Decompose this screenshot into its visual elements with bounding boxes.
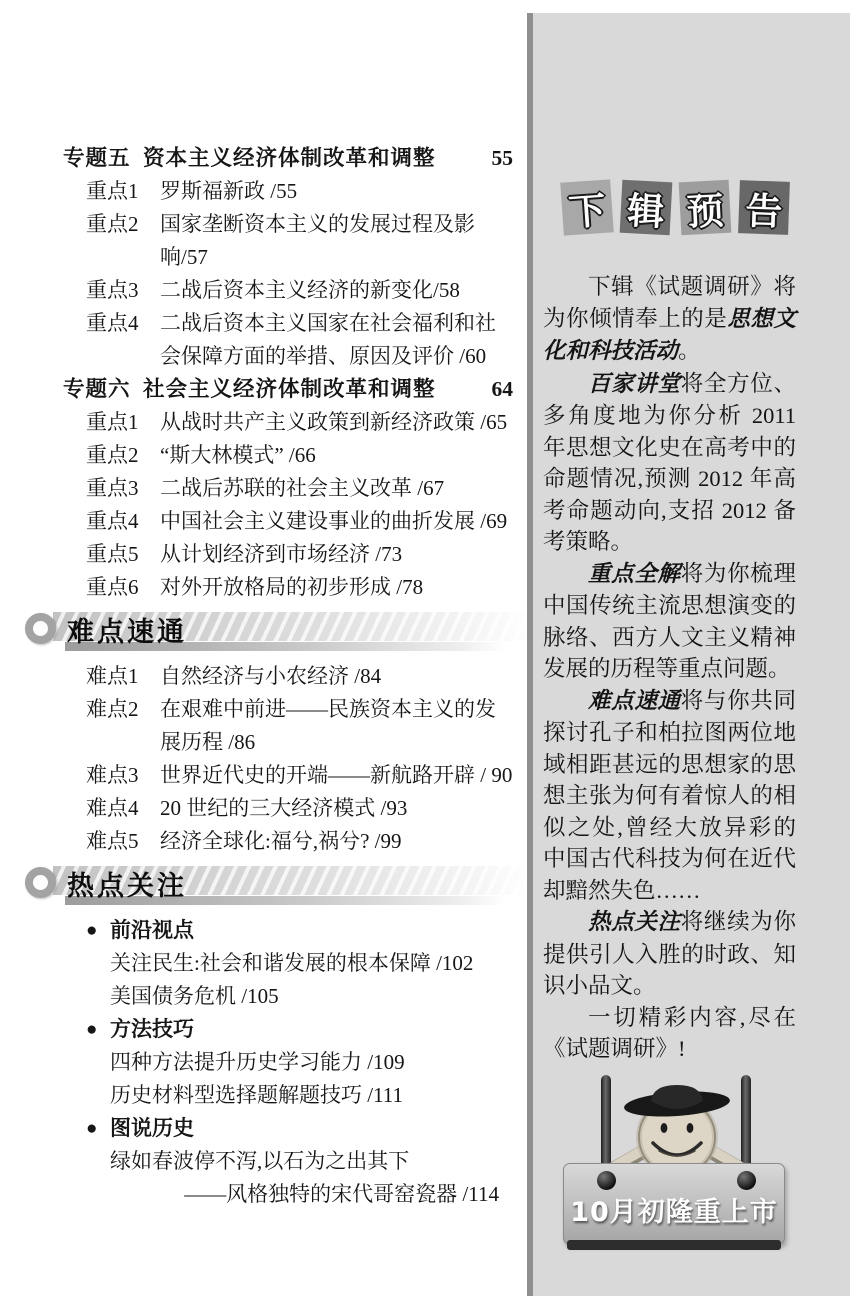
toc-entry: ——风格独特的宋代哥窑瓷器 /114 — [63, 1178, 515, 1211]
section-banner-nandian: 难点速通 — [25, 611, 515, 651]
toc-chapter-5: 专题五 资本主义经济体制改革和调整 55 — [63, 142, 515, 175]
preview-text: 下辑《试题调研》将为你倾情奉上的是思想文化和科技活动。 百家讲堂将全方位、多角度… — [543, 271, 796, 1066]
chapter-label: 专题六 — [63, 373, 143, 406]
title-tile: 下 — [560, 179, 614, 235]
title-tile: 告 — [738, 180, 790, 235]
entry-label: 重点5 — [86, 538, 160, 571]
toc-entry: 四种方法提升历史学习能力 /109 — [63, 1046, 515, 1079]
entry-label: 重点3 — [86, 472, 160, 505]
title-tile: 辑 — [620, 180, 673, 236]
entry-label: 重点3 — [86, 274, 160, 307]
subsection-title: 前沿视点 — [110, 914, 194, 947]
entry-label: 难点1 — [86, 660, 160, 693]
toc-chapter-6: 专题六 社会主义经济体制改革和调整 64 — [63, 373, 515, 406]
ring-icon — [25, 867, 56, 898]
toc-entry: 难点2 在艰难中前进——民族资本主义的发展历程 /86 — [63, 693, 515, 759]
subsection-title: 方法技巧 — [110, 1013, 194, 1046]
sign-knob — [597, 1171, 616, 1190]
toc-entry: 绿如春波停不泻,以石为之出其下 — [63, 1145, 515, 1178]
panel-title-tiles: 下 辑 预 告 — [562, 181, 789, 234]
entry-text: 二战后资本主义国家在社会福利和社会保障方面的举措、原因及评价 /60 — [160, 307, 515, 373]
banner-title: 难点速通 — [67, 610, 187, 649]
entry-label: 重点2 — [86, 439, 160, 472]
toc-entry: 重点2 “斯大林模式” /66 — [63, 439, 515, 472]
chapter-page-number: 64 — [492, 373, 516, 406]
entry-text: 从战时共产主义政策到新经济政策 /65 — [160, 406, 515, 439]
entry-text: 自然经济与小农经济 /84 — [160, 660, 515, 693]
paragraph: 一切精彩内容,尽在《试题调研》! — [543, 1002, 796, 1066]
paragraph: 百家讲堂将全方位、多角度地为你分析 2011 年思想文化史在高考中的命题情况,预… — [543, 368, 796, 558]
emphasis-text: 百家讲堂 — [588, 371, 681, 397]
bullet-icon: ● — [86, 1112, 110, 1145]
next-issue-panel: 下 辑 预 告 下辑《试题调研》将为你倾情奉上的是思想文化和科技活动。 百家讲堂… — [527, 13, 850, 1296]
entry-label: 重点4 — [86, 505, 160, 538]
entry-text: 罗斯福新政 /55 — [160, 175, 515, 208]
entry-label: 重点6 — [86, 571, 160, 604]
bullet-icon: ● — [86, 914, 110, 947]
chapter-label: 专题五 — [63, 142, 143, 175]
entry-label: 难点3 — [86, 759, 160, 792]
emphasis-text: 热点关注 — [588, 909, 681, 935]
toc-entry: 重点3 二战后资本主义经济的新变化/58 — [63, 274, 515, 307]
entry-label: 难点4 — [86, 792, 160, 825]
release-date-text: 10月初隆重上市 — [564, 1190, 784, 1229]
emphasis-text: 难点速通 — [588, 688, 681, 714]
entry-label: 重点1 — [86, 406, 160, 439]
entry-text: 20 世纪的三大经济模式 /93 — [160, 792, 515, 825]
entry-text: 二战后苏联的社会主义改革 /67 — [160, 472, 515, 505]
entry-label: 难点2 — [86, 693, 160, 759]
chapter-page-number: 55 — [492, 142, 516, 175]
ring-icon — [25, 613, 56, 644]
chapter-title: 社会主义经济体制改革和调整 — [143, 373, 492, 406]
paragraph: 重点全解将为你梳理中国传统主流思想演变的脉络、西方人文主义精神发展的历程等重点问… — [543, 558, 796, 685]
paragraph: 下辑《试题调研》将为你倾情奉上的是思想文化和科技活动。 — [543, 271, 796, 368]
entry-text: 国家垄断资本主义的发展过程及影响/57 — [160, 208, 515, 274]
toc-entry: 重点1 罗斯福新政 /55 — [63, 175, 515, 208]
entry-label: 重点1 — [86, 175, 160, 208]
entry-label: 重点4 — [86, 307, 160, 373]
entry-text: 经济全球化:福兮,祸兮? /99 — [160, 825, 515, 858]
entry-text: 对外开放格局的初步形成 /78 — [160, 571, 515, 604]
subsection-title: 图说历史 — [110, 1112, 194, 1145]
entry-text: 从计划经济到市场经济 /73 — [160, 538, 515, 571]
toc-entry: 重点1 从战时共产主义政策到新经济政策 /65 — [63, 406, 515, 439]
toc-entry: 重点4 中国社会主义建设事业的曲折发展 /69 — [63, 505, 515, 538]
toc-entry: 重点2 国家垄断资本主义的发展过程及影响/57 — [63, 208, 515, 274]
toc-subsection: ● 图说历史 — [63, 1112, 515, 1145]
toc-entry: 重点3 二战后苏联的社会主义改革 /67 — [63, 472, 515, 505]
title-tile: 预 — [679, 180, 732, 236]
bullet-icon: ● — [86, 1013, 110, 1046]
paragraph: 难点速通将与你共同探讨孔子和柏拉图两位地域相距甚远的思想家的思想主张为何有着惊人… — [543, 685, 796, 907]
toc-subsection: ● 前沿视点 — [63, 914, 515, 947]
toc-entry: 关注民生:社会和谐发展的根本保障 /102 — [63, 947, 515, 980]
entry-text: 二战后资本主义经济的新变化/58 — [160, 274, 515, 307]
section-banner-redian: 热点关注 — [25, 865, 515, 905]
entry-text: “斯大林模式” /66 — [160, 439, 515, 472]
toc-entry: 重点6 对外开放格局的初步形成 /78 — [63, 571, 515, 604]
toc-entry: 难点4 20 世纪的三大经济模式 /93 — [63, 792, 515, 825]
toc-entry: 难点3 世界近代史的开端——新航路开辟 / 90 — [63, 759, 515, 792]
sign-knob — [737, 1171, 756, 1190]
emphasis-text: 重点全解 — [588, 561, 681, 587]
entry-text: 中国社会主义建设事业的曲折发展 /69 — [160, 505, 515, 538]
entry-label: 重点2 — [86, 208, 160, 274]
toc-entry: 难点5 经济全球化:福兮,祸兮? /99 — [63, 825, 515, 858]
toc-entry: 重点5 从计划经济到市场经济 /73 — [63, 538, 515, 571]
toc-subsection: ● 方法技巧 — [63, 1013, 515, 1046]
toc-entry: 美国债务危机 /105 — [63, 980, 515, 1013]
toc-entry: 历史材料型选择题解题技巧 /111 — [63, 1079, 515, 1112]
entry-label: 难点5 — [86, 825, 160, 858]
banner-title: 热点关注 — [67, 864, 187, 903]
paragraph: 热点关注将继续为你提供引人入胜的时政、知识小品文。 — [543, 906, 796, 1002]
table-of-contents: 专题五 资本主义经济体制改革和调整 55 重点1 罗斯福新政 /55 重点2 国… — [63, 142, 515, 1211]
chapter-title: 资本主义经济体制改革和调整 — [143, 142, 492, 175]
entry-text: 世界近代史的开端——新航路开辟 / 90 — [160, 759, 515, 792]
toc-entry: 重点4 二战后资本主义国家在社会福利和社会保障方面的举措、原因及评价 /60 — [63, 307, 515, 373]
entry-text: 在艰难中前进——民族资本主义的发展历程 /86 — [160, 693, 515, 759]
toc-entry: 难点1 自然经济与小农经济 /84 — [63, 660, 515, 693]
